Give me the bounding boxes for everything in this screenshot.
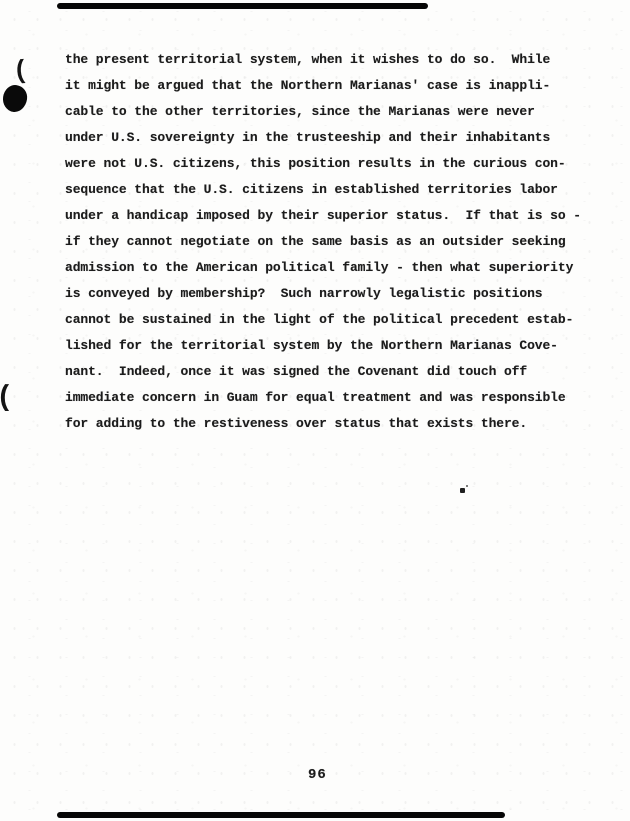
- ink-speck: [460, 488, 465, 493]
- scanned-document-page: ( ( the present territorial system, when…: [0, 0, 630, 821]
- scan-artifact-bar-top: [57, 3, 428, 9]
- body-text: the present territorial system, when it …: [65, 47, 595, 437]
- text-line: nant. Indeed, once it was signed the Cov…: [65, 359, 595, 385]
- text-line: lished for the territorial system by the…: [65, 333, 595, 359]
- text-line: sequence that the U.S. citizens in estab…: [65, 177, 595, 203]
- text-line: cannot be sustained in the light of the …: [65, 307, 595, 333]
- ink-blot-dot: [1, 83, 29, 113]
- text-line: cable to the other territories, since th…: [65, 99, 595, 125]
- text-line: immediate concern in Guam for equal trea…: [65, 385, 595, 411]
- text-line: if they cannot negotiate on the same bas…: [65, 229, 595, 255]
- text-line: it might be argued that the Northern Mar…: [65, 73, 595, 99]
- margin-paren-mark-lower: (: [0, 383, 13, 412]
- text-line: under a handicap imposed by their superi…: [65, 203, 595, 229]
- margin-paren-mark-upper: (: [12, 57, 29, 84]
- text-line: admission to the American political fami…: [65, 255, 595, 281]
- text-line: the present territorial system, when it …: [65, 47, 595, 73]
- scan-artifact-bar-bottom: [57, 812, 505, 818]
- text-line: is conveyed by membership? Such narrowly…: [65, 281, 595, 307]
- text-line: for adding to the restiveness over statu…: [65, 411, 595, 437]
- text-line: were not U.S. citizens, this position re…: [65, 151, 595, 177]
- page-number: 96: [308, 767, 327, 783]
- text-line: under U.S. sovereignty in the trusteeshi…: [65, 125, 595, 151]
